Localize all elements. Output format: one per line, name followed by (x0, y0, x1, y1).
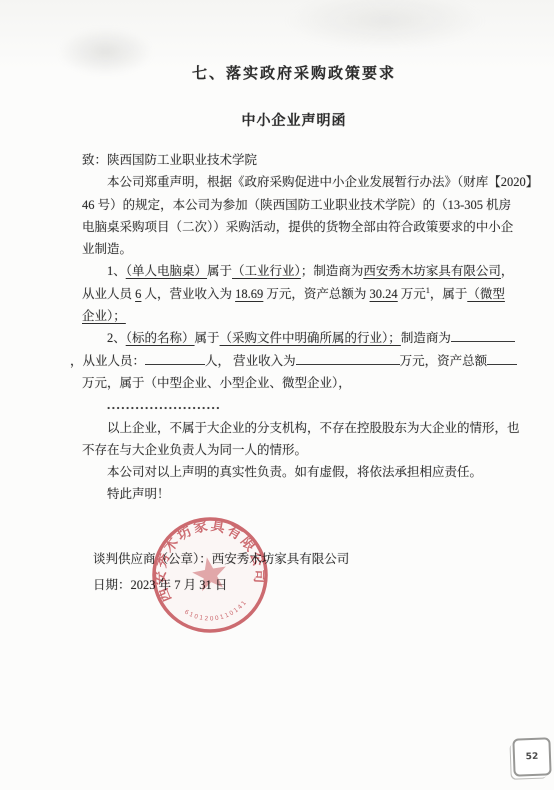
doc-line: 致：陕西国防工业职业技术学院 (82, 149, 506, 171)
doc-line: 本公司郑重声明，根据《政府采购促进中小企业发展暂行办法》（财库【2020】 (82, 171, 506, 193)
section-title: 七、落实政府采购政策要求 (82, 64, 506, 85)
document-title: 中小企业声明函 (82, 112, 506, 132)
doc-line: 2、（标的名称）属于（采购文件中明确所属的行业）；制造商为 (82, 327, 506, 349)
doc-line: 万元，属于（中型企业、小型企业、微型企业）， (82, 372, 506, 394)
doc-line: 以上企业，不属于大企业的分支机构，不存在控股股东为大企业的情形，也 (82, 417, 506, 439)
doc-line: 业制造。 (82, 238, 506, 260)
doc-line: 企业）； (82, 305, 506, 327)
page-number-tag: 52 (512, 737, 551, 776)
company-seal-stamp: 西安秀木坊家具有限公司 6101200110141 (123, 488, 297, 662)
doc-line: 不存在与大企业负责人为同一人的情形。 (82, 439, 506, 461)
document-content: 七、落实政府采购政策要求 中小企业声明函 致：陕西国防工业职业技术学院本公司郑重… (82, 0, 506, 598)
doc-line: 1、（单人电脑桌）属于（工业行业）；制造商为西安秀木坊家具有限公司， (82, 260, 506, 282)
doc-line: ，从业人员：人， 营业收入为万元，资产总额 (70, 350, 506, 372)
doc-line: 46 号）的规定，本公司为参加（陕西国防工业职业技术学院）的（13-305 机房 (82, 194, 506, 216)
doc-line: 电脑桌采购项目（二次））采购活动，提供的货物全部由符合政策要求的中小企 (82, 216, 506, 238)
doc-line: ........................ (82, 394, 506, 416)
doc-line: 从业人员 6 人，营业收入为 18.69 万元，资产总额为 30.24 万元1，… (82, 283, 506, 305)
document-body: 致：陕西国防工业职业技术学院本公司郑重声明，根据《政府采购促进中小企业发展暂行办… (82, 149, 506, 506)
scanned-document-page: 七、落实政府采购政策要求 中小企业声明函 致：陕西国防工业职业技术学院本公司郑重… (0, 0, 554, 790)
doc-line: 本公司对以上声明的真实性负责。如有虚假，将依法承担相应责任。 (82, 461, 506, 483)
doc-line: 特此声明！ (82, 483, 506, 505)
page-number: 52 (526, 752, 539, 762)
